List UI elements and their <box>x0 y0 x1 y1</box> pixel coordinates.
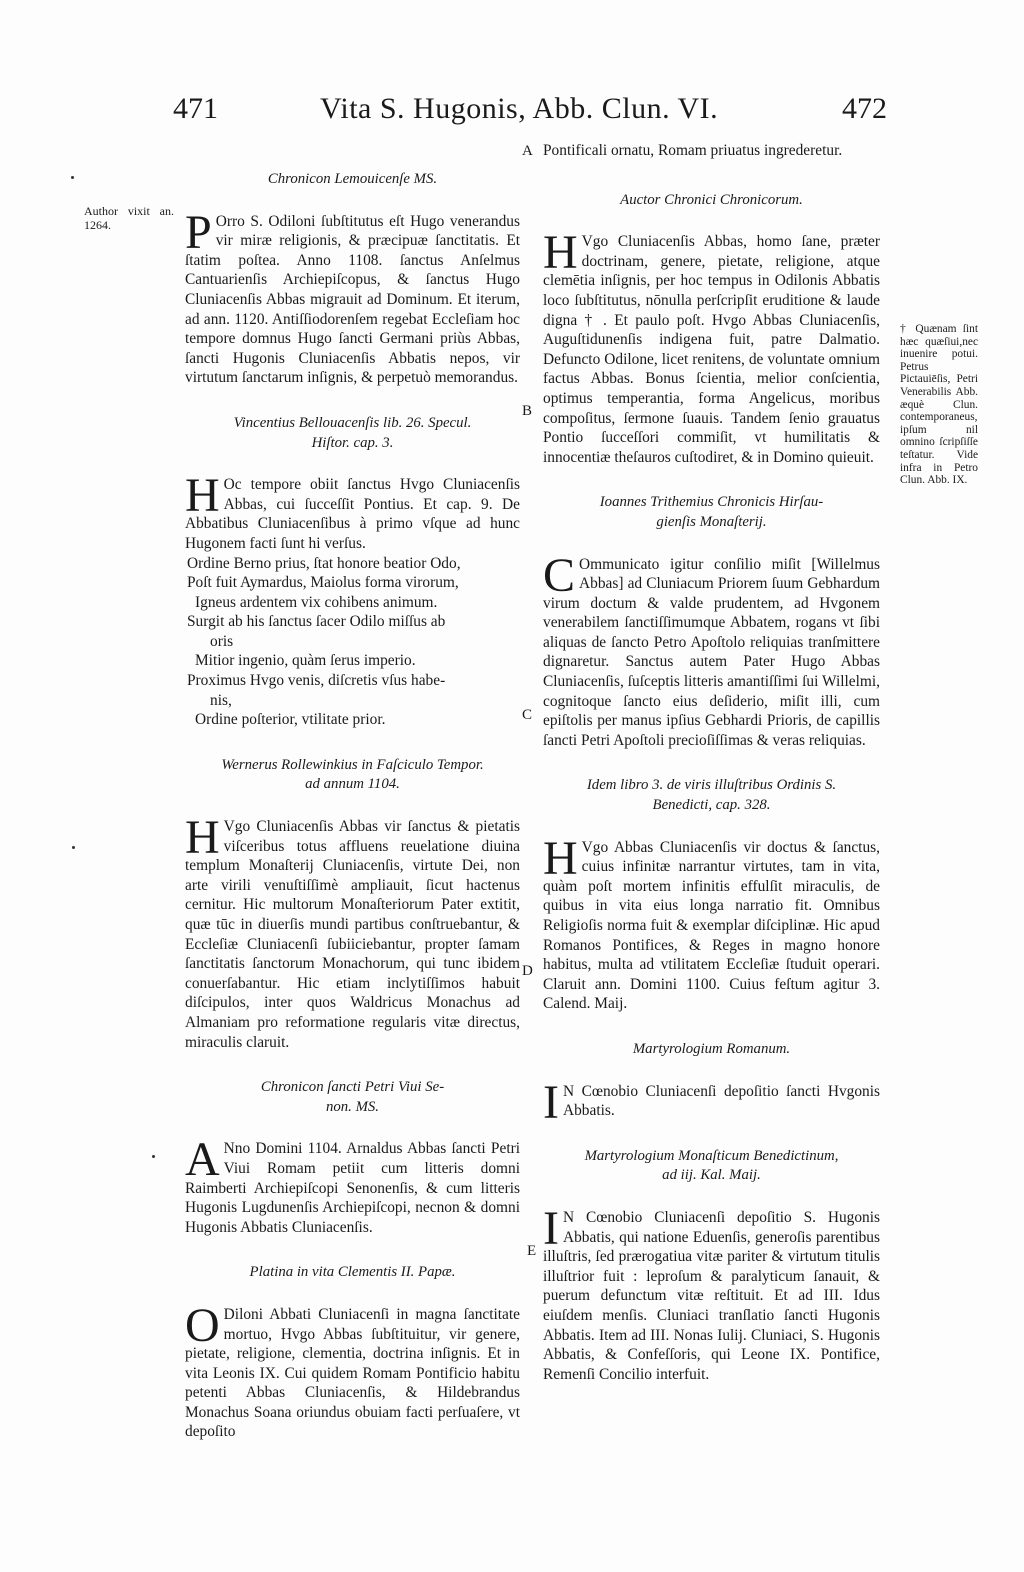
section-body: HVgo Cluniacenſis Abbas vir ſanctus & pi… <box>185 817 520 1052</box>
section-heading: Ioannes Trithemius Chronicis Hirſau- gie… <box>543 493 880 532</box>
verse-line: Poſt fuit Aymardus, Maiolus forma viroru… <box>185 573 520 593</box>
verse-line: Surgit ab his ſanctus ſacer Odilo miſſus… <box>185 612 520 632</box>
section-heading: Wernerus Rollewinkius in Faſciculo Tempo… <box>185 756 520 795</box>
print-speck <box>71 176 74 179</box>
section-heading: Vincentius Bellouacenſis lib. 26. Specul… <box>185 414 520 453</box>
section-body: COmmunicato igitur conſilio miſit [Wille… <box>543 555 880 751</box>
section-body: HOc tempore obiit ſanctus Hvgo Cluniacen… <box>185 475 520 553</box>
verse-line: Mitior ingenio, quàm ſerus imperio. <box>185 651 520 671</box>
verse-block: Ordine Berno prius, ſtat honore beatior … <box>185 554 520 730</box>
left-page-number: 471 <box>173 92 218 126</box>
verse-line: nis, <box>185 691 520 711</box>
margin-letter-d: D <box>522 963 533 980</box>
drop-cap: H <box>543 840 578 878</box>
drop-cap: A <box>185 1141 220 1179</box>
section-heading: Idem libro 3. de viris illuſtribus Ordin… <box>543 776 880 815</box>
section-heading: Martyrologium Romanum. <box>543 1040 880 1060</box>
section-heading: Platina in vita Clementis II. Papæ. <box>185 1263 520 1283</box>
verse-line: Ordine poſterior, vtilitate prior. <box>185 710 520 730</box>
drop-cap: P <box>185 214 212 252</box>
section-heading: Chronicon Lemouicenſe MS. <box>185 170 520 190</box>
verse-line: Ordine Berno prius, ſtat honore beatior … <box>185 554 520 574</box>
margin-letter-c: C <box>522 707 532 724</box>
section-heading: Martyrologium Monaſticum Benedictinum, a… <box>543 1147 880 1186</box>
right-page-number: 472 <box>842 92 887 126</box>
section-body: ANno Domini 1104. Arnaldus Abbas ſancti … <box>185 1139 520 1237</box>
drop-cap: I <box>543 1210 559 1248</box>
right-column: Pontificali ornatu, Romam priuatus ingre… <box>543 141 880 1410</box>
running-title: Vita S. Hugonis, Abb. Clun. VI. <box>320 92 718 126</box>
left-column: Chronicon Lemouicenſe MS. POrro S. Odilo… <box>185 170 520 1468</box>
drop-cap: H <box>543 234 578 272</box>
margin-letter-b: B <box>522 403 532 420</box>
verse-line: Proximus Hvgo venis, diſcretis vſus habe… <box>185 671 520 691</box>
print-speck <box>72 846 75 849</box>
section-body: ODiloni Abbati Cluniacenſi in magna ſanc… <box>185 1305 520 1442</box>
verse-line: Igneus ardentem vix cohibens animum. <box>185 593 520 613</box>
sidenote-dagger-footnote: † Quænam ſint hæc quæſiui,nec inuenire p… <box>900 323 978 487</box>
continuation-text: Pontificali ornatu, Romam priuatus ingre… <box>543 141 880 161</box>
section-body: IN Cœnobio Cluniacenſi depoſitio S. Hugo… <box>543 1208 880 1384</box>
section-body: POrro S. Odiloni ſubſtitutus eſt Hugo ve… <box>185 212 520 388</box>
margin-letter-e: E <box>527 1243 536 1260</box>
drop-cap: O <box>185 1307 220 1345</box>
book-page: 471 Vita S. Hugonis, Abb. Clun. VI. 472 … <box>0 0 1024 1572</box>
running-head: 471 Vita S. Hugonis, Abb. Clun. VI. 472 <box>0 92 1024 132</box>
section-heading: Chronicon ſancti Petri Viui Se- non. MS. <box>185 1078 520 1117</box>
section-heading: Auctor Chronici Chronicorum. <box>543 191 880 211</box>
drop-cap: C <box>543 557 575 595</box>
drop-cap: I <box>543 1084 559 1122</box>
margin-letter-a: A <box>522 143 533 160</box>
section-body: IN Cœnobio Cluniacenſi depoſitio ſancti … <box>543 1082 880 1121</box>
drop-cap: H <box>185 819 220 857</box>
section-body: HVgo Cluniacenſis Abbas, homo ſane, præt… <box>543 232 880 467</box>
section-body: HVgo Abbas Cluniacenſis vir doctus & ſan… <box>543 838 880 1014</box>
print-speck <box>152 1155 155 1158</box>
verse-line: oris <box>185 632 520 652</box>
sidenote-author: Author vixit an. 1264. <box>84 204 174 232</box>
drop-cap: H <box>185 477 220 515</box>
